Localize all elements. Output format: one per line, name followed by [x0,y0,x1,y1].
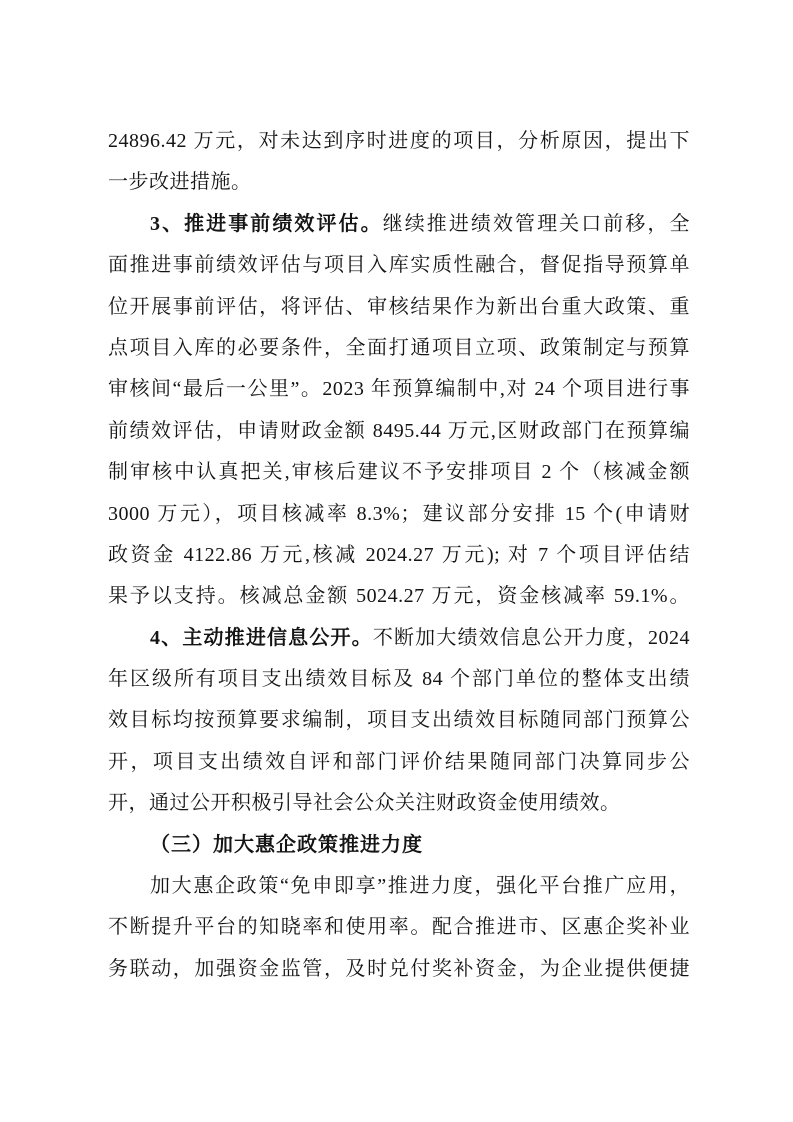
text-run: 务联动，加强资金监管，及时兑付奖补资金，为企业提供便捷 [108,958,690,980]
text-line: 3、推进事前绩效评估。继续推进绩效管理关口前移，全 [108,204,690,245]
text-run: 政资金 4122.86 万元,核减 2024.27 万元); 对 7 个项目评估… [108,544,690,566]
text-run: 点项目入库的必要条件，全面打通项目立项、政策制定与预算 [108,337,690,359]
text-run: 24896.42 万元，对未达到序时进度的项目，分析原因，提出下 [108,130,690,152]
section-heading: （三）加大惠企政策推进力度 [108,825,690,866]
text-line: 开，项目支出绩效自评和部门评价结果随同部门决算同步公 [108,742,690,783]
text-line: 效目标均按预算要求编制，项目支出绩效目标随同部门预算公 [108,700,690,741]
text-run: 审核间“最后一公里”。2023 年预算编制中,对 24 个项目进行事 [108,378,690,400]
text-line: 位开展事前评估，将评估、审核结果作为新出台重大政策、重 [108,287,690,328]
section-heading-text: （三）加大惠企政策推进力度 [150,834,423,856]
text-run: 继续推进绩效管理关口前移，全 [383,213,690,235]
text-run: 位开展事前评估，将评估、审核结果作为新出台重大政策、重 [108,296,690,318]
text-run: 开，项目支出绩效自评和部门评价结果随同部门决算同步公 [108,751,690,773]
text-run: 开，通过公开积极引导社会公众关注财政资金使用绩效。 [108,792,621,814]
text-run: 一步改进措施。 [108,171,252,193]
document-body: 24896.42 万元，对未达到序时进度的项目，分析原因，提出下一步改进措施。3… [108,121,690,990]
text-line: 24896.42 万元，对未达到序时进度的项目，分析原因，提出下 [108,121,690,162]
text-line: 务联动，加强资金监管，及时兑付奖补资金，为企业提供便捷 [108,949,690,990]
text-run: 不断提升平台的知晓率和使用率。配合推进市、区惠企奖补业 [108,916,690,938]
text-run: 加大惠企政策“免申即享”推进力度，强化平台推广应用， [150,875,690,897]
text-line: 审核间“最后一公里”。2023 年预算编制中,对 24 个项目进行事 [108,369,690,410]
text-line: 不断提升平台的知晓率和使用率。配合推进市、区惠企奖补业 [108,907,690,948]
text-line: 加大惠企政策“免申即享”推进力度，强化平台推广应用， [108,866,690,907]
text-line: 果予以支持。核减总金额 5024.27 万元，资金核减率 59.1%。 [108,576,690,617]
text-line: 4、主动推进信息公开。不断加大绩效信息公开力度，2024 [108,618,690,659]
text-run: 前绩效评估，申请财政金额 8495.44 万元,区财政部门在预算编 [108,420,690,442]
text-run: 面推进事前绩效评估与项目入库实质性融合，督促指导预算单 [108,254,690,276]
text-run: 果予以支持。核减总金额 5024.27 万元，资金核减率 59.1%。 [108,585,690,607]
text-run: 效目标均按预算要求编制，项目支出绩效目标随同部门预算公 [108,709,690,731]
bold-run: 4、主动推进信息公开。 [150,627,373,649]
text-line: 开，通过公开积极引导社会公众关注财政资金使用绩效。 [108,783,690,824]
bold-run: 3、推进事前绩效评估。 [150,213,383,235]
text-run: 3000 万元），项目核减率 8.3%；建议部分安排 15 个(申请财 [108,503,690,525]
page: 24896.42 万元，对未达到序时进度的项目，分析原因，提出下一步改进措施。3… [0,0,793,1122]
text-line: 制审核中认真把关,审核后建议不予安排项目 2 个（核减金额 [108,452,690,493]
text-line: 政资金 4122.86 万元,核减 2024.27 万元); 对 7 个项目评估… [108,535,690,576]
text-run: 制审核中认真把关,审核后建议不予安排项目 2 个（核减金额 [108,461,690,483]
text-line: 前绩效评估，申请财政金额 8495.44 万元,区财政部门在预算编 [108,411,690,452]
text-run: 年区级所有项目支出绩效目标及 84 个部门单位的整体支出绩 [108,668,690,690]
text-line: 点项目入库的必要条件，全面打通项目立项、政策制定与预算 [108,328,690,369]
text-line: 面推进事前绩效评估与项目入库实质性融合，督促指导预算单 [108,245,690,286]
text-line: 年区级所有项目支出绩效目标及 84 个部门单位的整体支出绩 [108,659,690,700]
text-line: 3000 万元），项目核减率 8.3%；建议部分安排 15 个(申请财 [108,494,690,535]
text-run: 不断加大绩效信息公开力度，2024 [373,627,690,649]
text-line: 一步改进措施。 [108,162,690,203]
